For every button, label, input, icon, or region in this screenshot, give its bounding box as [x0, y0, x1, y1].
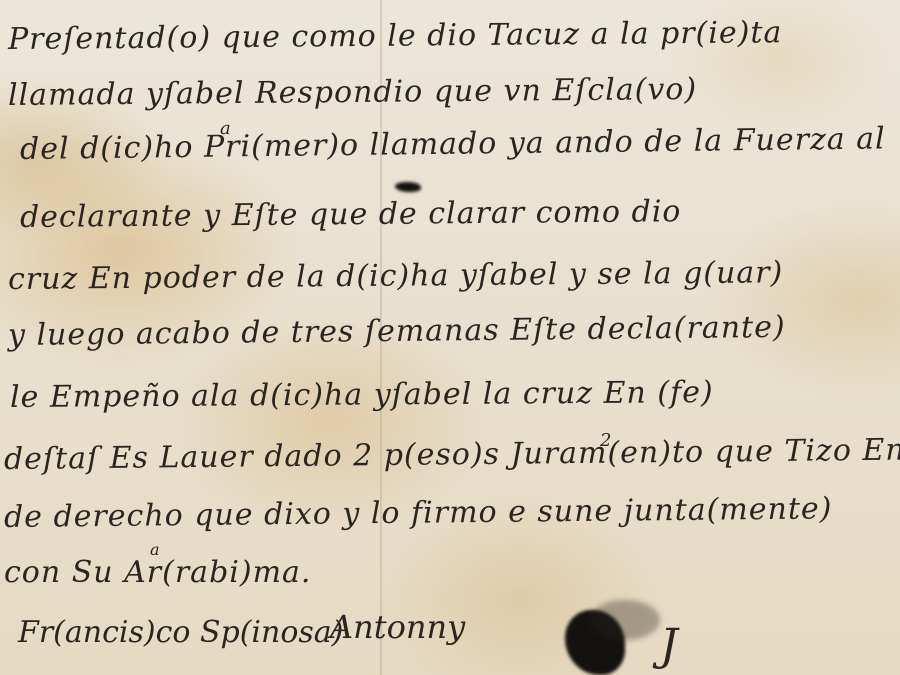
- ink-smudge: [590, 600, 660, 640]
- manuscript-line-6: y luego acabo de tres ſemanas Eſte decla…: [8, 310, 786, 353]
- manuscript-line-9: de derecho que dixo y lo firmo e sune ju…: [4, 491, 833, 535]
- manuscript-line-1: Preſentad(o) que como le dio Tacuz a la …: [8, 15, 783, 57]
- ink-blot-small: [395, 182, 421, 192]
- superscript-annotation: a: [150, 540, 160, 559]
- signature-1: Fr(ancis)co Sp(inosa): [18, 615, 343, 650]
- manuscript-line-5: cruz En poder de la d(ic)ha yſabel y se …: [8, 255, 784, 297]
- manuscript-line-7: le Empeño ala d(ic)ha yſabel la cruz En …: [10, 375, 714, 415]
- superscript-annotation: 2: [600, 430, 611, 451]
- manuscript-line-3: del d(ic)ho Pri(mer)o llamado ya ando de…: [20, 121, 886, 167]
- manuscript-line-2: llamada yſabel Respondio que vn Eſcla(vo…: [8, 72, 697, 113]
- manuscript-line-10: con Su Ar(rabi)ma.: [4, 555, 311, 590]
- manuscript-page: Preſentad(o) que como le dio Tacuz a la …: [0, 0, 900, 675]
- manuscript-line-8: deſtaſ Es Lauer dado 2 p(eso)s Juram(en)…: [4, 432, 900, 477]
- superscript-annotation: a: [220, 118, 231, 139]
- signature-3: J: [660, 620, 678, 671]
- signature-2: Antonny: [330, 608, 465, 646]
- manuscript-line-4: declarante y Eſte que de clarar como dio: [20, 194, 682, 235]
